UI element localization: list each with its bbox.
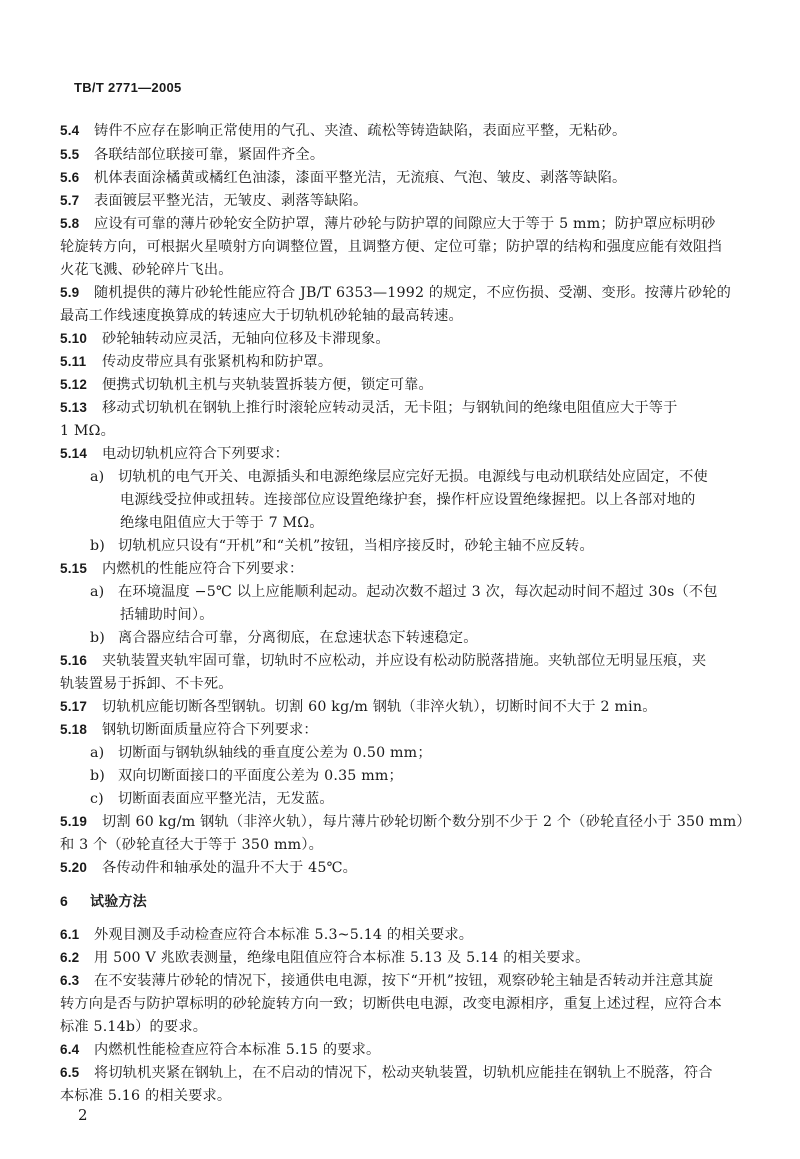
item-label: b) [90, 536, 118, 556]
clause-5-15-a-cont: 括辅助时间）。 [120, 605, 800, 625]
clause-number: 6.2 [60, 948, 86, 968]
clause-number: 5.5 [60, 145, 86, 165]
clause-text: 将切轨机夹紧在钢轨上，在不启动的情况下，松动夹轨装置，切轨机应能挂在钢轨上不脱落… [94, 1065, 713, 1081]
clause-number: 6.1 [60, 925, 86, 945]
clause-5-9-cont: 最高工作线速度换算成的转速应大于切轨机砂轮轴的最高转速。 [60, 306, 750, 326]
clause-text: 应设有可靠的薄片砂轮安全防护罩，薄片砂轮与防护罩的间隙应大于等于 5 mm；防护… [94, 216, 715, 232]
clause-5-15-a: a)在环境温度 −5℃ 以上应能顺利起动。起动次数不超过 3 次，每次起动时间不… [90, 582, 780, 602]
clause-6-1: 6.1外观目测及手动检查应符合本标准 5.3~5.14 的相关要求。 [60, 925, 750, 945]
clause-5-7: 5.7表面镀层平整光洁，无皱皮、剥落等缺陷。 [60, 191, 750, 211]
clause-text: 移动式切轨机在钢轨上推行时滚轮应转动灵活，无卡阻；与钢轨间的绝缘电阻值应大于等于 [102, 400, 678, 416]
clause-number: 5.4 [60, 121, 86, 141]
clause-5-13-cont: 1 MΩ。 [60, 421, 750, 441]
clause-text: 便携式切轨机主机与夹轨装置拆装方便，锁定可靠。 [102, 377, 433, 393]
clause-5-18-c: c)切断面表面应平整光洁，无发蓝。 [90, 789, 780, 809]
clause-text: 钢轨切断面质量应符合下列要求： [102, 722, 318, 738]
clause-number: 6.4 [60, 1040, 86, 1060]
item-text: 切轨机应只设有“开机”和“关机”按钮，当相序接反时，砂轮主轴不应反转。 [118, 538, 594, 554]
clause-5-6: 5.6机体表面涂橘黄或橘红色油漆，漆面平整光洁，无流痕、气泡、皱皮、剥落等缺陷。 [60, 168, 750, 188]
clause-number: 5.15 [60, 559, 94, 579]
clause-5-14-a: a)切轨机的电气开关、电源插头和电源绝缘层应完好无损。电源线与电动机联结处应固定… [90, 467, 780, 487]
clause-5-4: 5.4铸件不应存在影响正常使用的气孔、夹渣、疏松等铸造缺陷，表面应平整，无粘砂。 [60, 121, 750, 141]
clause-text: 机体表面涂橘黄或橘红色油漆，漆面平整光洁，无流痕、气泡、皱皮、剥落等缺陷。 [94, 170, 626, 186]
clause-5-14-a-cont: 绝缘电阻值应大于等于 7 MΩ。 [120, 513, 800, 533]
clause-5-19: 5.19切割 60 kg/m 钢轨（非淬火轨），每片薄片砂轮切断个数分别不少于 … [60, 812, 750, 832]
item-label: c) [90, 789, 118, 809]
clause-text: 切轨机应能切断各型钢轨。切割 60 kg/m 钢轨（非淬火轨），切断时间不大于 … [102, 699, 657, 715]
item-label: b) [90, 628, 118, 648]
item-text: 切轨机的电气开关、电源插头和电源绝缘层应完好无损。电源线与电动机联结处应固定，不… [118, 469, 708, 485]
clause-number: 5.18 [60, 720, 94, 740]
clause-text: 外观目测及手动检查应符合本标准 5.3~5.14 的相关要求。 [94, 927, 473, 943]
clause-5-19-cont: 和 3 个（砂轮直径大于等于 350 mm）。 [60, 835, 750, 855]
item-label: a) [90, 467, 118, 487]
clause-5-8: 5.8应设有可靠的薄片砂轮安全防护罩，薄片砂轮与防护罩的间隙应大于等于 5 mm… [60, 214, 750, 234]
clause-5-15: 5.15内燃机的性能应符合下列要求： [60, 559, 750, 579]
clause-number: 5.12 [60, 375, 94, 395]
clause-number: 5.14 [60, 444, 94, 464]
clause-number: 5.19 [60, 812, 94, 832]
section-title: 试验方法 [90, 893, 147, 909]
item-text: 双向切断面接口的平面度公差为 0.35 mm； [118, 768, 403, 784]
clause-number: 5.17 [60, 697, 94, 717]
clause-number: 5.9 [60, 283, 86, 303]
section-heading-6: 6试验方法 [60, 891, 750, 911]
item-text: 切断面表面应平整光洁，无发蓝。 [118, 791, 334, 807]
clause-6-5: 6.5将切轨机夹紧在钢轨上，在不启动的情况下，松动夹轨装置，切轨机应能挂在钢轨上… [60, 1063, 750, 1083]
item-label: a) [90, 582, 118, 602]
clause-number: 5.8 [60, 214, 86, 234]
clause-5-20: 5.20各传动件和轴承处的温升不大于 45℃。 [60, 858, 750, 878]
clause-number: 5.16 [60, 651, 94, 671]
clause-6-3: 6.3在不安装薄片砂轮的情况下，接通供电电源，按下“开机”按钮，观察砂轮主轴是否… [60, 971, 750, 991]
clause-6-5-cont: 本标准 5.16 的相关要求。 [60, 1086, 750, 1106]
clause-5-5: 5.5各联结部位联接可靠，紧固件齐全。 [60, 145, 750, 165]
clause-number: 5.20 [60, 858, 94, 878]
clause-text: 切割 60 kg/m 钢轨（非淬火轨），每片薄片砂轮切断个数分别不少于 2 个（… [102, 814, 751, 830]
clause-text: 铸件不应存在影响正常使用的气孔、夹渣、疏松等铸造缺陷，表面应平整，无粘砂。 [94, 123, 626, 139]
clause-5-14-a-cont: 电源线受拉伸或扭转。连接部位应设置绝缘护套，操作杆应设置绝缘握把。以上各部对地的 [120, 490, 800, 510]
clause-number: 6.3 [60, 971, 86, 991]
clause-text: 在不安装薄片砂轮的情况下，接通供电电源，按下“开机”按钮，观察砂轮主轴是否转动并… [94, 973, 713, 989]
clause-5-10: 5.10砂轮轴转动应灵活，无轴向位移及卡滞现象。 [60, 329, 750, 349]
clause-5-18-a: a)切断面与钢轨纵轴线的垂直度公差为 0.50 mm； [90, 743, 780, 763]
section-number: 6 [60, 891, 90, 911]
clause-text: 夹轨装置夹轨牢固可靠，切轨时不应松动，并应设有松动防脱落措施。夹轨部位无明显压痕… [102, 653, 706, 669]
item-label: b) [90, 766, 118, 786]
clause-number: 5.11 [60, 352, 94, 372]
clause-text: 用 500 V 兆欧表测量，绝缘电阻值应符合本标准 5.13 及 5.14 的相… [94, 950, 590, 966]
item-text: 切断面与钢轨纵轴线的垂直度公差为 0.50 mm； [118, 745, 432, 761]
clause-text: 电动切轨机应符合下列要求： [102, 446, 289, 462]
clause-6-4: 6.4内燃机性能检查应符合本标准 5.15 的要求。 [60, 1040, 750, 1060]
clause-text: 传动皮带应具有张紧机构和防护罩。 [102, 354, 332, 370]
item-label: a) [90, 743, 118, 763]
clause-6-3-cont: 标准 5.14b）的要求。 [60, 1017, 750, 1037]
clause-text: 内燃机的性能应符合下列要求： [102, 561, 303, 577]
clause-text: 各联结部位联接可靠，紧固件齐全。 [94, 147, 324, 163]
clause-text: 表面镀层平整光洁，无皱皮、剥落等缺陷。 [94, 193, 367, 209]
clause-number: 5.10 [60, 329, 94, 349]
clause-5-18-b: b)双向切断面接口的平面度公差为 0.35 mm； [90, 766, 780, 786]
item-text: 在环境温度 −5℃ 以上应能顺利起动。起动次数不超过 3 次，每次起动时间不超过… [118, 584, 718, 600]
standard-code-header: TB/T 2771—2005 [74, 80, 182, 95]
clause-text: 各传动件和轴承处的温升不大于 45℃。 [102, 860, 357, 876]
clause-text: 内燃机性能检查应符合本标准 5.15 的要求。 [94, 1042, 380, 1058]
clause-5-13: 5.13移动式切轨机在钢轨上推行时滚轮应转动灵活，无卡阻；与钢轨间的绝缘电阻值应… [60, 398, 750, 418]
clause-number: 5.13 [60, 398, 94, 418]
clause-5-8-cont: 轮旋转方向，可根据火星喷射方向调整位置，且调整方便、定位可靠；防护罩的结构和强度… [60, 237, 750, 257]
page-number: 2 [78, 1106, 88, 1124]
clause-5-11: 5.11传动皮带应具有张紧机构和防护罩。 [60, 352, 750, 372]
clause-5-8-cont: 火花飞溅、砂轮碎片飞出。 [60, 260, 750, 280]
clause-5-17: 5.17切轨机应能切断各型钢轨。切割 60 kg/m 钢轨（非淬火轨），切断时间… [60, 697, 750, 717]
clause-6-3-cont: 转方向是否与防护罩标明的砂轮旋转方向一致；切断供电电源，改变电源相序，重复上述过… [60, 994, 750, 1014]
clause-5-16-cont: 轨装置易于拆卸、不卡死。 [60, 674, 750, 694]
clause-6-2: 6.2用 500 V 兆欧表测量，绝缘电阻值应符合本标准 5.13 及 5.14… [60, 948, 750, 968]
clause-5-18: 5.18钢轨切断面质量应符合下列要求： [60, 720, 750, 740]
clause-number: 6.5 [60, 1063, 86, 1083]
clause-number: 5.7 [60, 191, 86, 211]
clause-text: 随机提供的薄片砂轮性能应符合 JB/T 6353—1992 的规定，不应伤损、受… [94, 285, 731, 301]
clause-5-14: 5.14电动切轨机应符合下列要求： [60, 444, 750, 464]
item-text: 离合器应结合可靠，分离彻底，在怠速状态下转速稳定。 [118, 630, 478, 646]
clause-5-12: 5.12便携式切轨机主机与夹轨装置拆装方便，锁定可靠。 [60, 375, 750, 395]
clause-5-16: 5.16夹轨装置夹轨牢固可靠，切轨时不应松动，并应设有松动防脱落措施。夹轨部位无… [60, 651, 750, 671]
clause-text: 砂轮轴转动应灵活，无轴向位移及卡滞现象。 [102, 331, 390, 347]
clause-5-15-b: b)离合器应结合可靠，分离彻底，在怠速状态下转速稳定。 [90, 628, 780, 648]
clause-5-14-b: b)切轨机应只设有“开机”和“关机”按钮，当相序接反时，砂轮主轴不应反转。 [90, 536, 780, 556]
clause-5-9: 5.9随机提供的薄片砂轮性能应符合 JB/T 6353—1992 的规定，不应伤… [60, 283, 750, 303]
clause-number: 5.6 [60, 168, 86, 188]
